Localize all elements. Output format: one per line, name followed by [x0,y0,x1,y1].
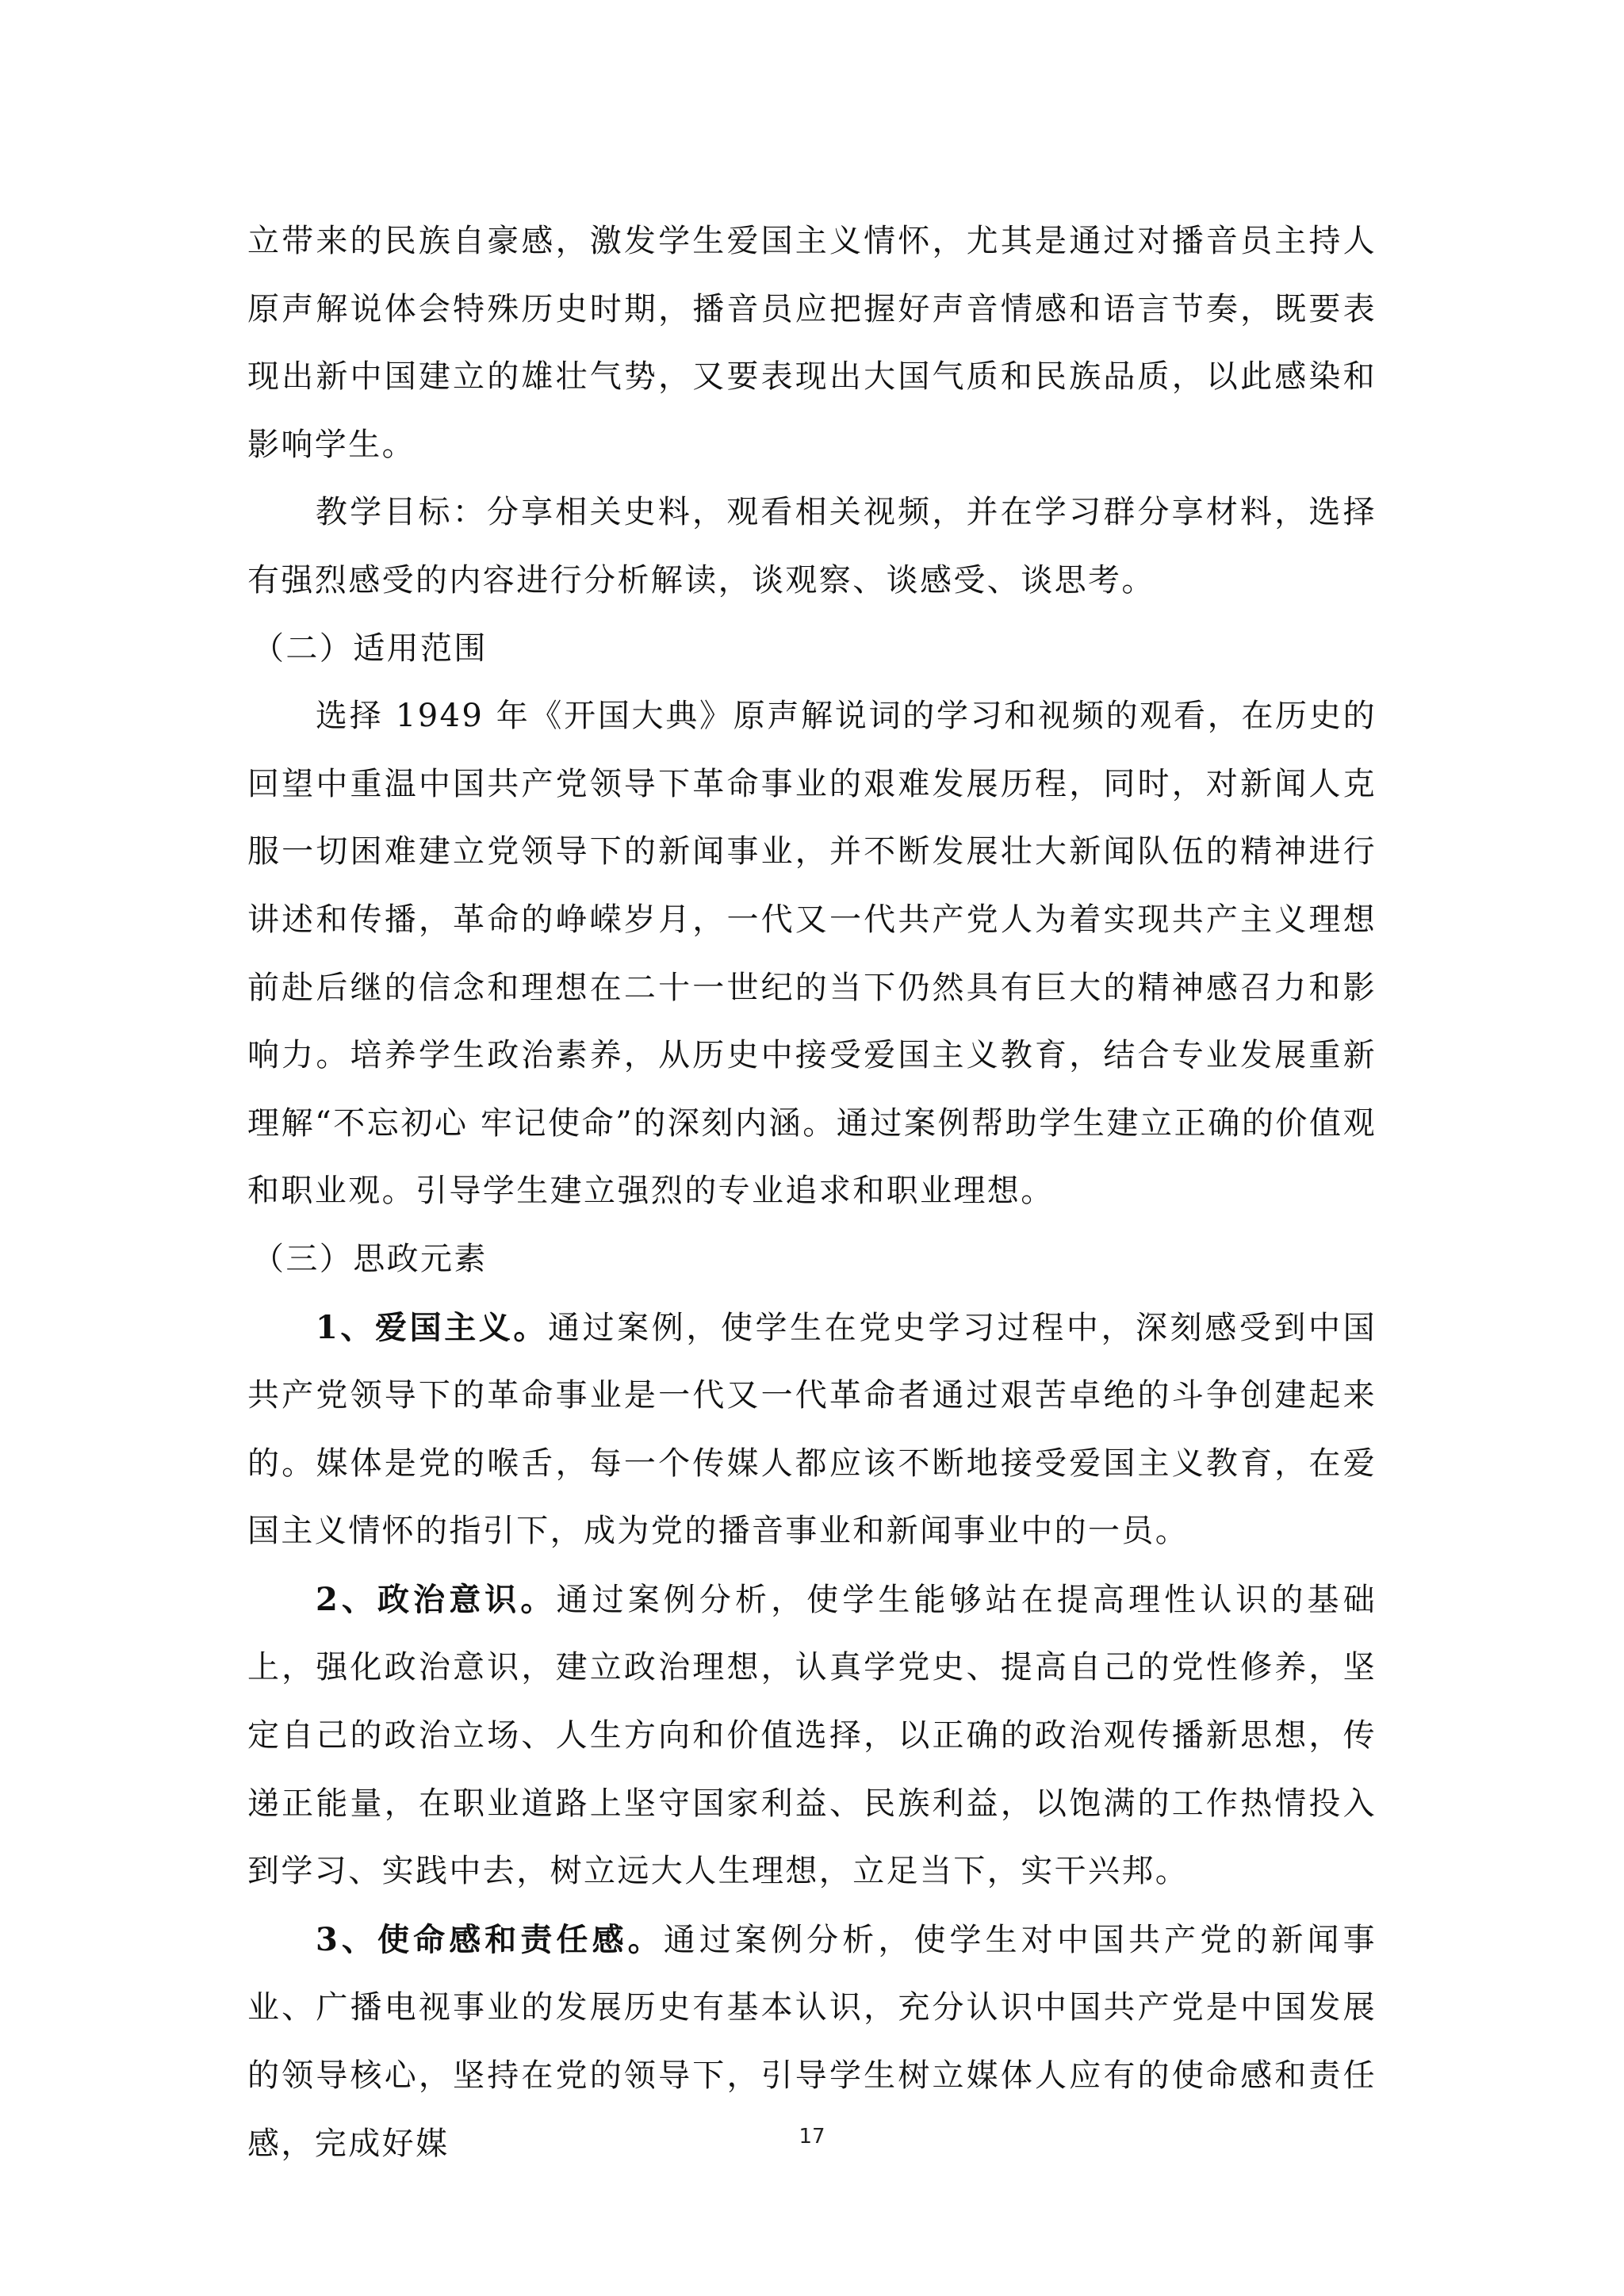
item-body-political-awareness: 通过案例分析，使学生能够站在提高理性认识的基础上，强化政治意识，建立政治理想，认… [247,1582,1377,1889]
list-item-political-awareness: 2、政治意识。通过案例分析，使学生能够站在提高理性认识的基础上，强化政治意识，建… [247,1566,1377,1906]
section-heading-ideological-elements: （三）思政元素 [247,1226,1377,1294]
item-lead-patriotism: 1、爱国主义。 [316,1309,548,1346]
paragraph-scope: 选择 1949 年《开国大典》原声解说词的学习和视频的观看，在历史的回望中重温中… [247,683,1377,1226]
section-heading-scope: （二）适用范围 [247,615,1377,683]
list-item-patriotism: 1、爱国主义。通过案例，使学生在党史学习过程中，深刻感受到中国共产党领导下的革命… [247,1294,1377,1566]
item-lead-mission-responsibility: 3、使命感和责任感。 [316,1921,664,1958]
paragraph-continued: 立带来的民族自豪感，激发学生爱国主义情怀，尤其是通过对播音员主持人原声解说体会特… [247,208,1377,479]
item-lead-political-awareness: 2、政治意识。 [316,1581,557,1618]
page-number: 17 [0,2125,1624,2149]
paragraph-teaching-objective: 教学目标：分享相关史料，观看相关视频，并在学习群分享材料，选择有强烈感受的内容进… [247,479,1377,614]
document-page: 立带来的民族自豪感，激发学生爱国主义情怀，尤其是通过对播音员主持人原声解说体会特… [247,208,1377,2178]
